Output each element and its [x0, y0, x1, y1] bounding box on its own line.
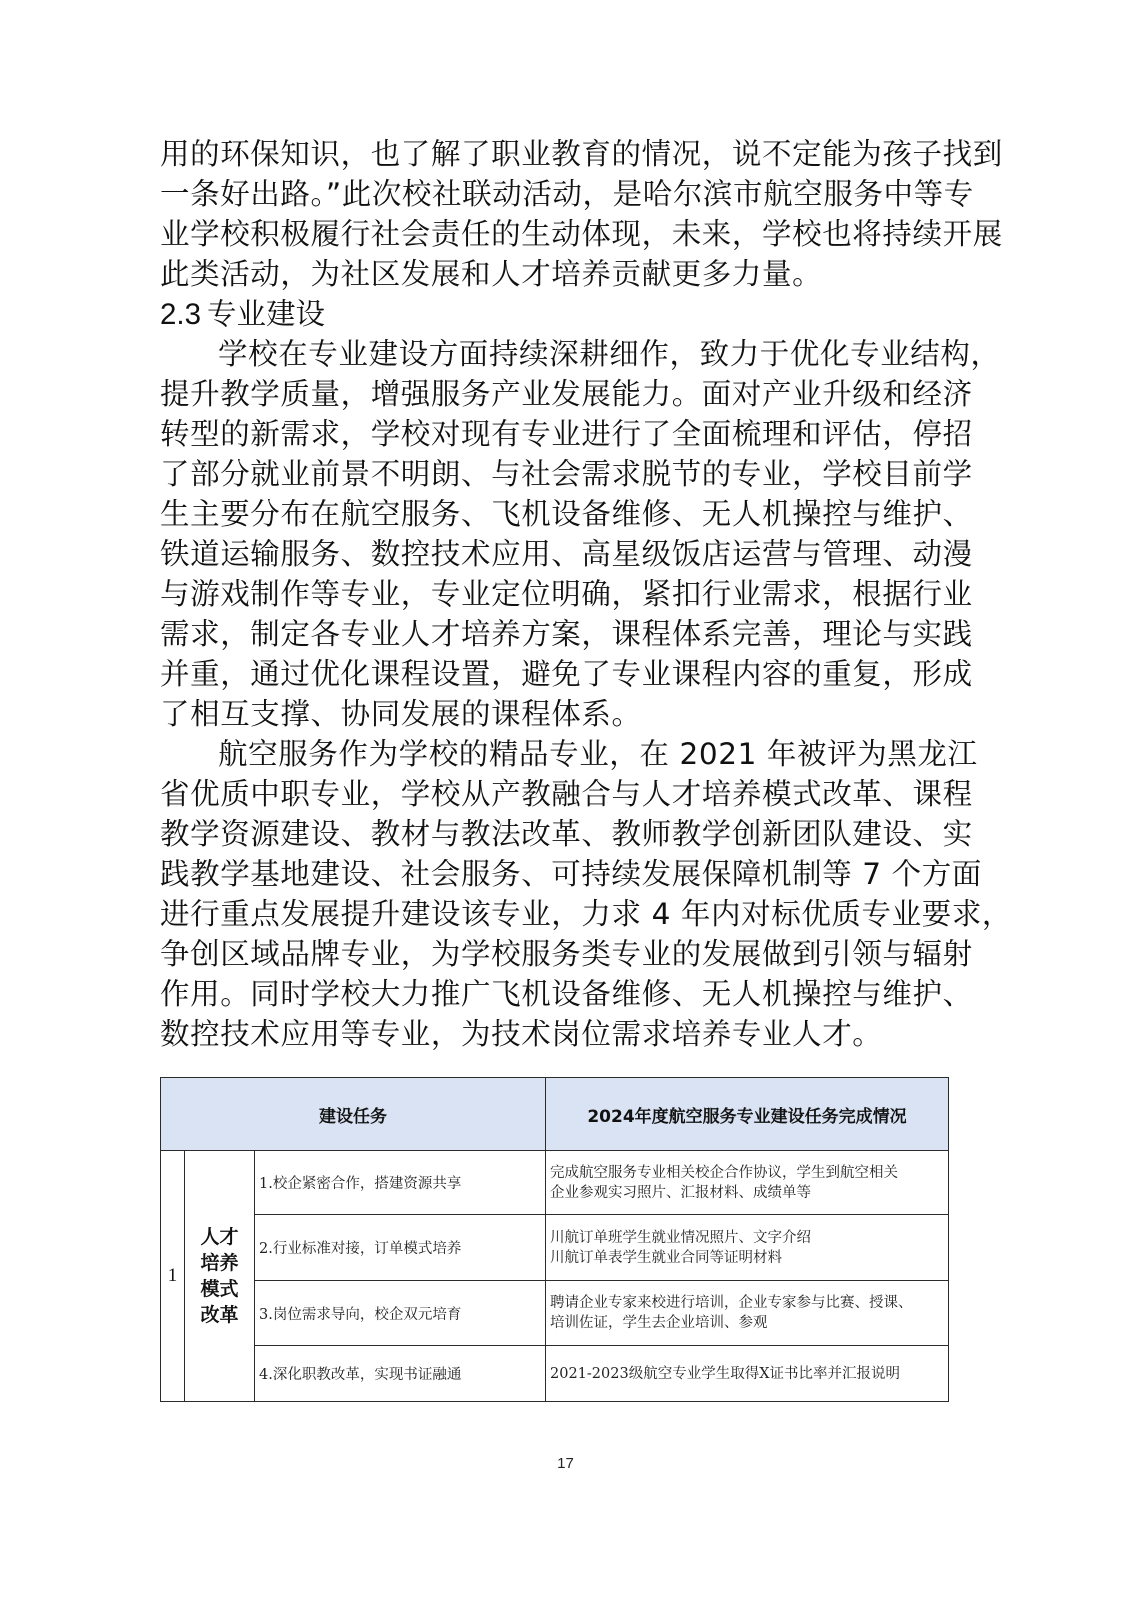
table-row: 4.深化职教改革，实现书证融通 2021-2023级航空专业学生取得X证书比率并…: [161, 1346, 949, 1402]
construction-task-table: 建设任务 2024年度航空服务专业建设任务完成情况 1 人才 培养 模式 改革 …: [160, 1077, 949, 1402]
task-cell: 3.岗位需求导向，校企双元培育: [255, 1281, 546, 1346]
text-line: 了部分就业前景不明朗、与社会需求脱节的专业，学校目前学: [160, 454, 950, 494]
header-task: 建设任务: [161, 1078, 546, 1151]
table-row: 2.行业标准对接，订单模式培养 川航订单班学生就业情况照片、文字介绍 川航订单表…: [161, 1215, 949, 1281]
result-cell: 2021-2023级航空专业学生取得X证书比率并汇报说明: [546, 1346, 949, 1402]
result-line: 培训佐证，学生去企业培训、参观: [550, 1313, 948, 1333]
paragraph-specialty-building: 学校在专业建设方面持续深耕细作，致力于优化专业结构， 提升教学质量，增强服务产业…: [160, 334, 950, 734]
result-cell: 聘请企业专家来校进行培训，企业专家参与比赛、授课、 培训佐证，学生去企业培训、参…: [546, 1281, 949, 1346]
body-text: 用的环保知识，也了解了职业教育的情况，说不定能为孩子找到 一条好出路。”此次校社…: [160, 134, 950, 1054]
text-line: 争创区域品牌专业，为学校服务类专业的发展做到引领与辐射: [160, 934, 950, 974]
result-line: 川航订单表学生就业合同等证明材料: [550, 1248, 948, 1268]
text-line: 与游戏制作等专业，专业定位明确，紧扣行业需求，根据行业: [160, 574, 950, 614]
document-page: 用的环保知识，也了解了职业教育的情况，说不定能为孩子找到 一条好出路。”此次校社…: [0, 0, 1131, 1600]
text-line: 进行重点发展提升建设该专业，力求 4 年内对标优质专业要求，: [160, 894, 950, 934]
result-line: 完成航空服务专业相关校企合作协议，学生到航空相关: [550, 1163, 948, 1183]
result-line: 聘请企业专家来校进行培训，企业专家参与比赛、授课、: [550, 1293, 948, 1313]
table-row: 1 人才 培养 模式 改革 1.校企紧密合作，搭建资源共享 完成航空服务专业相关…: [161, 1151, 949, 1215]
task-cell: 4.深化职教改革，实现书证融通: [255, 1346, 546, 1402]
text-line: 转型的新需求，学校对现有专业进行了全面梳理和评估，停招: [160, 414, 950, 454]
text-line: 提升教学质量，增强服务产业发展能力。面对产业升级和经济: [160, 374, 950, 414]
text-line: 教学资源建设、教材与教法改革、教师教学创新团队建设、实: [160, 814, 950, 854]
category-line: 模式: [185, 1276, 254, 1302]
text-line: 用的环保知识，也了解了职业教育的情况，说不定能为孩子找到: [160, 134, 950, 174]
intro-paragraph: 用的环保知识，也了解了职业教育的情况，说不定能为孩子找到 一条好出路。”此次校社…: [160, 134, 950, 294]
section-number: 2.3: [160, 298, 201, 331]
text-line: 一条好出路。”此次校社联动活动，是哈尔滨市航空服务中等专: [160, 174, 950, 214]
result-cell: 川航订单班学生就业情况照片、文字介绍 川航订单表学生就业合同等证明材料: [546, 1215, 949, 1281]
text-line: 数控技术应用等专业，为技术岗位需求培养专业人才。: [160, 1014, 950, 1054]
section-title: 专业建设: [207, 297, 325, 331]
group-number: 1: [161, 1151, 185, 1402]
text-line: 需求，制定各专业人才培养方案，课程体系完善，理论与实践: [160, 614, 950, 654]
category-line: 培养: [185, 1250, 254, 1276]
task-cell: 1.校企紧密合作，搭建资源共享: [255, 1151, 546, 1215]
text-line: 铁道运输服务、数控技术应用、高星级饭店运营与管理、动漫: [160, 534, 950, 574]
result-line: 企业参观实习照片、汇报材料、成绩单等: [550, 1183, 948, 1203]
text-line: 学校在专业建设方面持续深耕细作，致力于优化专业结构，: [160, 334, 950, 374]
text-line: 省优质中职专业，学校从产教融合与人才培养模式改革、课程: [160, 774, 950, 814]
text-line: 并重，通过优化课程设置，避免了专业课程内容的重复，形成: [160, 654, 950, 694]
text-line: 生主要分布在航空服务、飞机设备维修、无人机操控与维护、: [160, 494, 950, 534]
section-heading: 2.3专业建设: [160, 294, 950, 334]
paragraph-aviation-service: 航空服务作为学校的精品专业，在 2021 年被评为黑龙江 省优质中职专业，学校从…: [160, 734, 950, 1054]
table-row: 3.岗位需求导向，校企双元培育 聘请企业专家来校进行培训，企业专家参与比赛、授课…: [161, 1281, 949, 1346]
page-number: 17: [0, 1455, 1131, 1472]
header-result: 2024年度航空服务专业建设任务完成情况: [546, 1078, 949, 1151]
text-line: 航空服务作为学校的精品专业，在 2021 年被评为黑龙江: [160, 734, 950, 774]
result-line: 2021-2023级航空专业学生取得X证书比率并汇报说明: [550, 1364, 948, 1384]
table-header-row: 建设任务 2024年度航空服务专业建设任务完成情况: [161, 1078, 949, 1151]
text-line: 践教学基地建设、社会服务、可持续发展保障机制等 7 个方面: [160, 854, 950, 894]
text-line: 此类活动，为社区发展和人才培养贡献更多力量。: [160, 254, 950, 294]
result-cell: 完成航空服务专业相关校企合作协议，学生到航空相关 企业参观实习照片、汇报材料、成…: [546, 1151, 949, 1215]
text-line: 作用。同时学校大力推广飞机设备维修、无人机操控与维护、: [160, 974, 950, 1014]
task-cell: 2.行业标准对接，订单模式培养: [255, 1215, 546, 1281]
text-line: 了相互支撑、协同发展的课程体系。: [160, 694, 950, 734]
category-line: 改革: [185, 1302, 254, 1328]
result-line: 川航订单班学生就业情况照片、文字介绍: [550, 1228, 948, 1248]
text-line: 业学校积极履行社会责任的生动体现，未来，学校也将持续开展: [160, 214, 950, 254]
category-line: 人才: [185, 1224, 254, 1250]
group-category: 人才 培养 模式 改革: [185, 1151, 255, 1402]
